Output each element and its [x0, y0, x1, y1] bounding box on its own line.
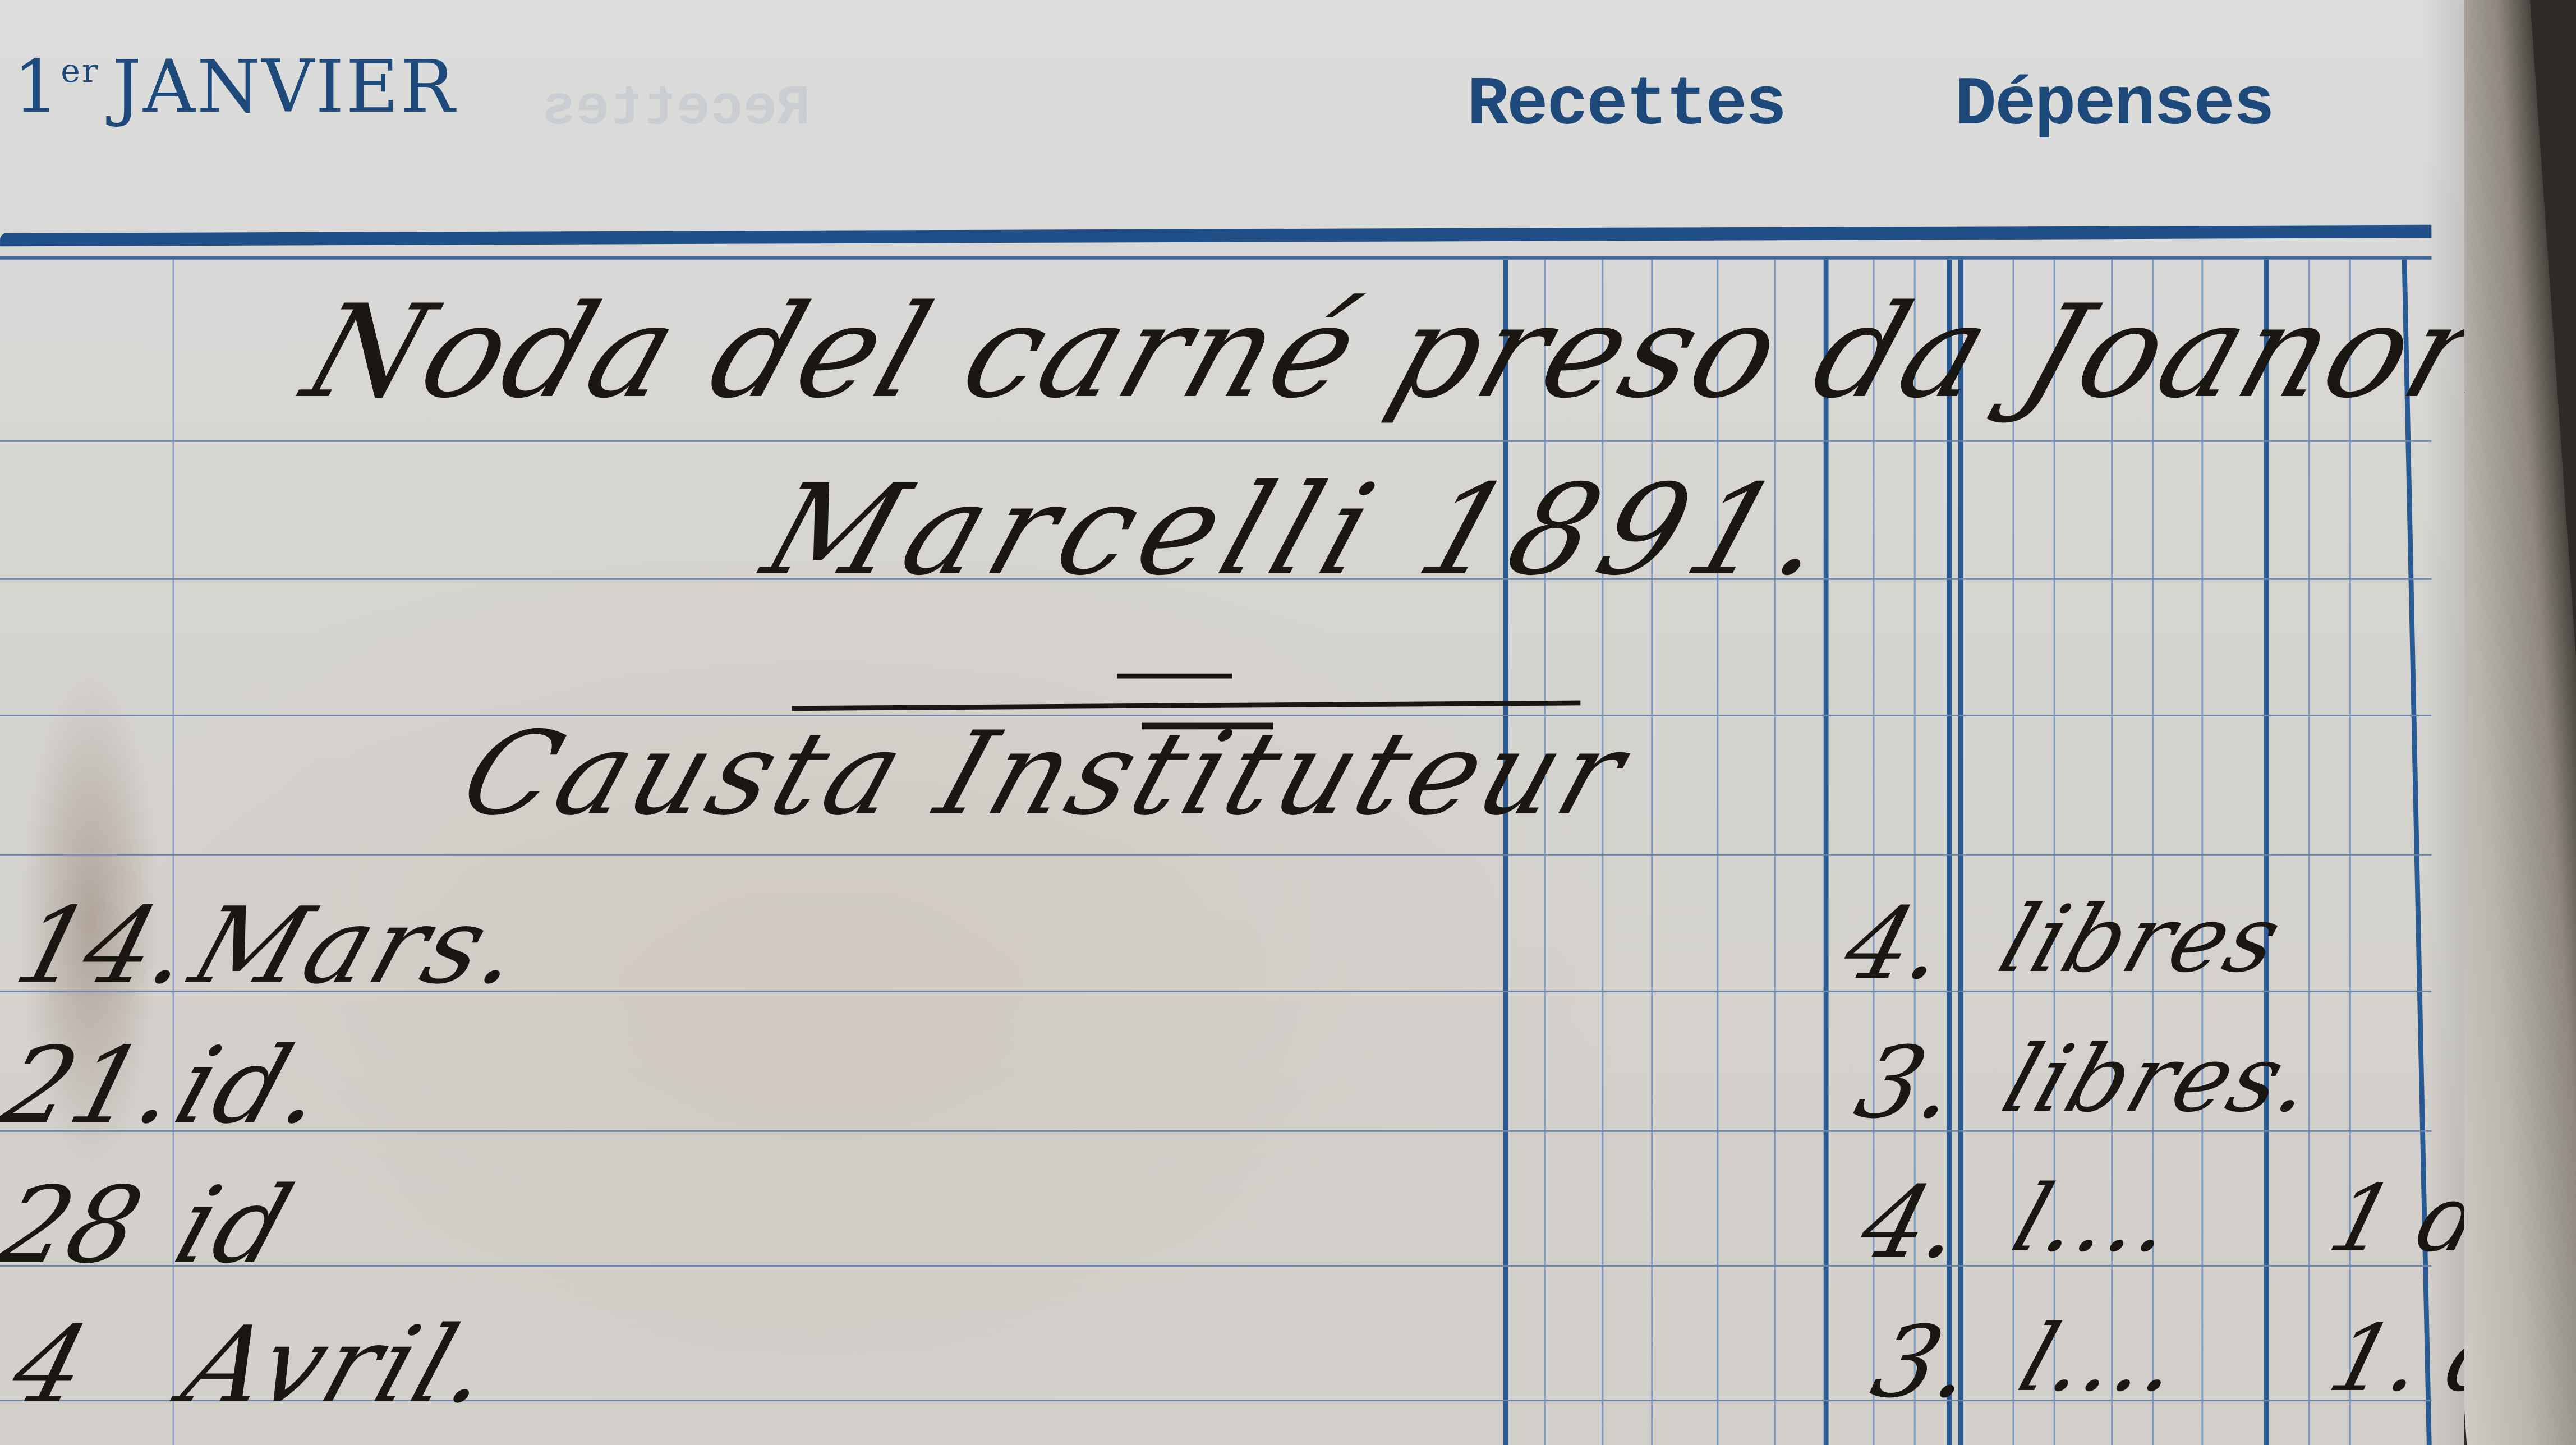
entry-quantity: 3. [1861, 1306, 1986, 1421]
entry-unit: l.... [2000, 1166, 2189, 1273]
entry-day: 4 [0, 1306, 99, 1428]
entry-unit: libres. [1990, 1027, 2329, 1133]
date-suffix: er [61, 51, 99, 90]
header-rule-thin [0, 256, 2431, 260]
column-header-recettes: Recettes [1467, 66, 1785, 145]
printed-date-header: 1erJANVIER [13, 46, 456, 130]
subcolumn-line [2201, 260, 2203, 1445]
entry-quantity: 4. [1849, 1166, 1974, 1281]
column-divider [2264, 260, 2268, 1445]
ledger-photo: 1erJANVIER Recettes Recettes Dépenses [0, 0, 2576, 1445]
date-month: JANVIER [112, 46, 456, 130]
row-line [0, 440, 2431, 442]
date-day: 1 [13, 46, 61, 130]
column-divider [1824, 260, 1828, 1445]
page-edge-shadow [2423, 0, 2464, 1445]
entry-month: id [161, 1166, 308, 1288]
subcolumn-line [1651, 260, 1653, 1445]
entry-month: Mars. [177, 887, 541, 1009]
handwritten-title: Noda del carné preso da Joanorsa [288, 279, 2464, 427]
entry-day: 28 [0, 1166, 153, 1288]
entry-quantity: 4. [1833, 887, 1958, 1002]
column-header-depenses: Dépenses [1955, 66, 2273, 145]
subcolumn-line [1774, 260, 1776, 1445]
subcolumn-line [2308, 260, 2310, 1445]
subcolumn-line [1717, 260, 1718, 1445]
entry-day: 14. [3, 887, 203, 1009]
handwritten-title-date: Marcelli 1891. [748, 457, 1857, 603]
subcolumn-line [1602, 260, 1603, 1445]
column-divider-double [1958, 260, 1962, 1445]
entry-unit: l.... [2007, 1306, 2196, 1412]
entry-day: 21. [0, 1027, 190, 1148]
row-line [0, 854, 2431, 856]
subcolumn-line [1544, 260, 1546, 1445]
handwritten-subtitle: Causta Instituteur [447, 706, 1645, 841]
bleedthrough-text: Recettes [542, 79, 810, 141]
column-divider [1503, 260, 1507, 1445]
ink-dash [1117, 674, 1232, 679]
entry-month: Avril. [169, 1306, 510, 1428]
header-rule-thick [0, 225, 2431, 247]
entry-unit: libres [1987, 887, 2295, 993]
column-divider-double [1947, 260, 1951, 1445]
ledger-page: 1erJANVIER Recettes Recettes Dépenses [0, 0, 2464, 1445]
